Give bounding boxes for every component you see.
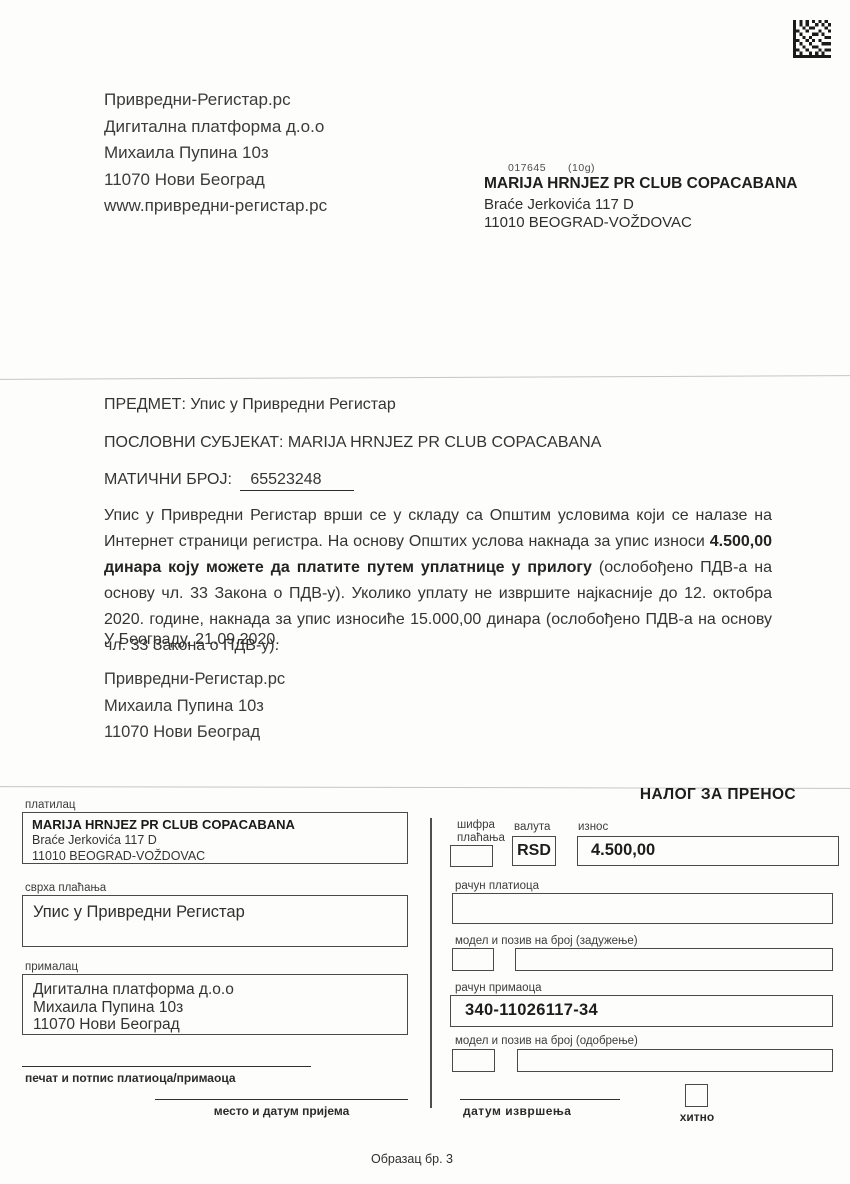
signature-line: Привредни-Регистар.рс [104, 666, 285, 693]
model-debit-number-box [515, 948, 833, 971]
date-line: У Београду, 21.09.2020. [104, 631, 280, 649]
recipient-box: Дигитална платформа д.о.о Михаила Пупина… [22, 974, 408, 1035]
place-date-label: место и датум пријема [155, 1104, 408, 1118]
recipient-line: Михаила Пупина 10з [33, 999, 397, 1017]
place-date-line [155, 1099, 408, 1100]
currency-label: валута [514, 821, 550, 833]
currency-box: RSD [512, 836, 556, 866]
amount-box: 4.500,00 [577, 836, 839, 866]
recipient-section-label: прималац [25, 961, 78, 973]
recipient-address-line: Braće Jerkovića 117 D [484, 196, 634, 213]
recipient-account-box: 340-11026117-34 [450, 995, 833, 1027]
signature-line: Михаила Пупина 10з [104, 693, 285, 720]
mail-weight: (10g) [568, 162, 595, 174]
model-credit-code-box [452, 1049, 495, 1072]
purpose-label: сврха плаћања [25, 882, 106, 894]
payer-account-box [452, 893, 833, 924]
payer-name: MARIJA HRNJEZ PR CLUB COPACABANA [32, 817, 398, 833]
stamp-signature-line [22, 1066, 311, 1067]
subject-label: ПРЕДМЕТ: [104, 396, 186, 413]
stamp-signature-label: печат и потпис платиоца/примаоца [25, 1071, 236, 1085]
data-matrix-barcode [793, 20, 831, 58]
business-subject-value: MARIJA HRNJEZ PR CLUB COPACABANA [288, 434, 602, 451]
purpose-box: Упис у Привредни Регистар [22, 895, 408, 947]
payment-code-box [450, 845, 493, 867]
execution-date-label: датум извршења [463, 1104, 571, 1118]
recipient-line: 11070 Нови Београд [33, 1016, 397, 1034]
recipient-line: Дигитална платформа д.о.о [33, 981, 397, 999]
form-column-divider [430, 818, 432, 1108]
transfer-order-title: НАЛОГ ЗА ПРЕНОС [576, 786, 796, 804]
letter-body-text: Упис у Привредни Регистар врши се у скла… [104, 507, 772, 550]
payer-account-label: рачун платиоца [455, 880, 539, 892]
registration-number-value: 65523248 [240, 471, 353, 491]
purpose-value: Упис у Привредни Регистар [33, 903, 397, 922]
signature-block: Привредни-Регистар.рс Михаила Пупина 10з… [104, 666, 285, 746]
business-subject-label: ПОСЛОВНИ СУБЈЕКАТ: [104, 434, 283, 451]
execution-date-line [460, 1099, 620, 1100]
payer-address-line: Braće Jerkovića 117 D [32, 833, 398, 849]
payer-section-label: платилац [25, 799, 75, 811]
model-debit-code-box [452, 948, 494, 971]
payer-address-line: 11010 BEOGRAD-VOŽDOVAC [32, 849, 398, 865]
subject-value: Упис у Привредни Регистар [190, 396, 395, 413]
registration-number-row: МАТИЧНИ БРОЈ: 65523248 [104, 471, 354, 491]
sender-website: www.привредни-регистар.рс [104, 193, 327, 220]
mail-ref-line: 017645(10g) [508, 162, 595, 174]
model-debit-label: модел и позив на број (задужење) [455, 935, 638, 947]
sender-line: 11070 Нови Београд [104, 167, 327, 194]
payment-code-label: шифра [457, 819, 495, 831]
payment-code-label: плаћања [457, 832, 505, 844]
recipient-name: MARIJA HRNJEZ PR CLUB COPACABANA [484, 175, 797, 193]
signature-line: 11070 Нови Београд [104, 719, 285, 746]
sender-line: Привредни-Регистар.рс [104, 87, 327, 114]
recipient-address-line: 11010 BEOGRAD-VOŽDOVAC [484, 214, 692, 231]
sender-line: Михаила Пупина 10з [104, 140, 327, 167]
model-credit-number-box [517, 1049, 833, 1072]
urgent-checkbox [685, 1084, 708, 1107]
payer-box: MARIJA HRNJEZ PR CLUB COPACABANA Braće J… [22, 812, 408, 864]
sender-line: Дигитална платформа д.о.о [104, 114, 327, 141]
registration-number-label: МАТИЧНИ БРОЈ: [104, 471, 232, 488]
scanned-letter-page: Привредни-Регистар.рс Дигитална платформ… [0, 0, 850, 1184]
amount-label: износ [578, 821, 608, 833]
sender-address-block: Привредни-Регистар.рс Дигитална платформ… [104, 87, 327, 220]
form-number-footer: Образац бр. 3 [0, 1152, 824, 1166]
fold-line [0, 375, 850, 380]
recipient-account-label: рачун примаоца [455, 982, 542, 994]
urgent-label: хитно [674, 1110, 720, 1124]
mail-ref-number: 017645 [508, 162, 546, 174]
business-subject-row: ПОСЛОВНИ СУБЈЕКАТ: MARIJA HRNJEZ PR CLUB… [104, 434, 601, 452]
model-credit-label: модел и позив на број (одобрење) [455, 1035, 638, 1047]
subject-row: ПРЕДМЕТ: Упис у Привредни Регистар [104, 396, 396, 414]
